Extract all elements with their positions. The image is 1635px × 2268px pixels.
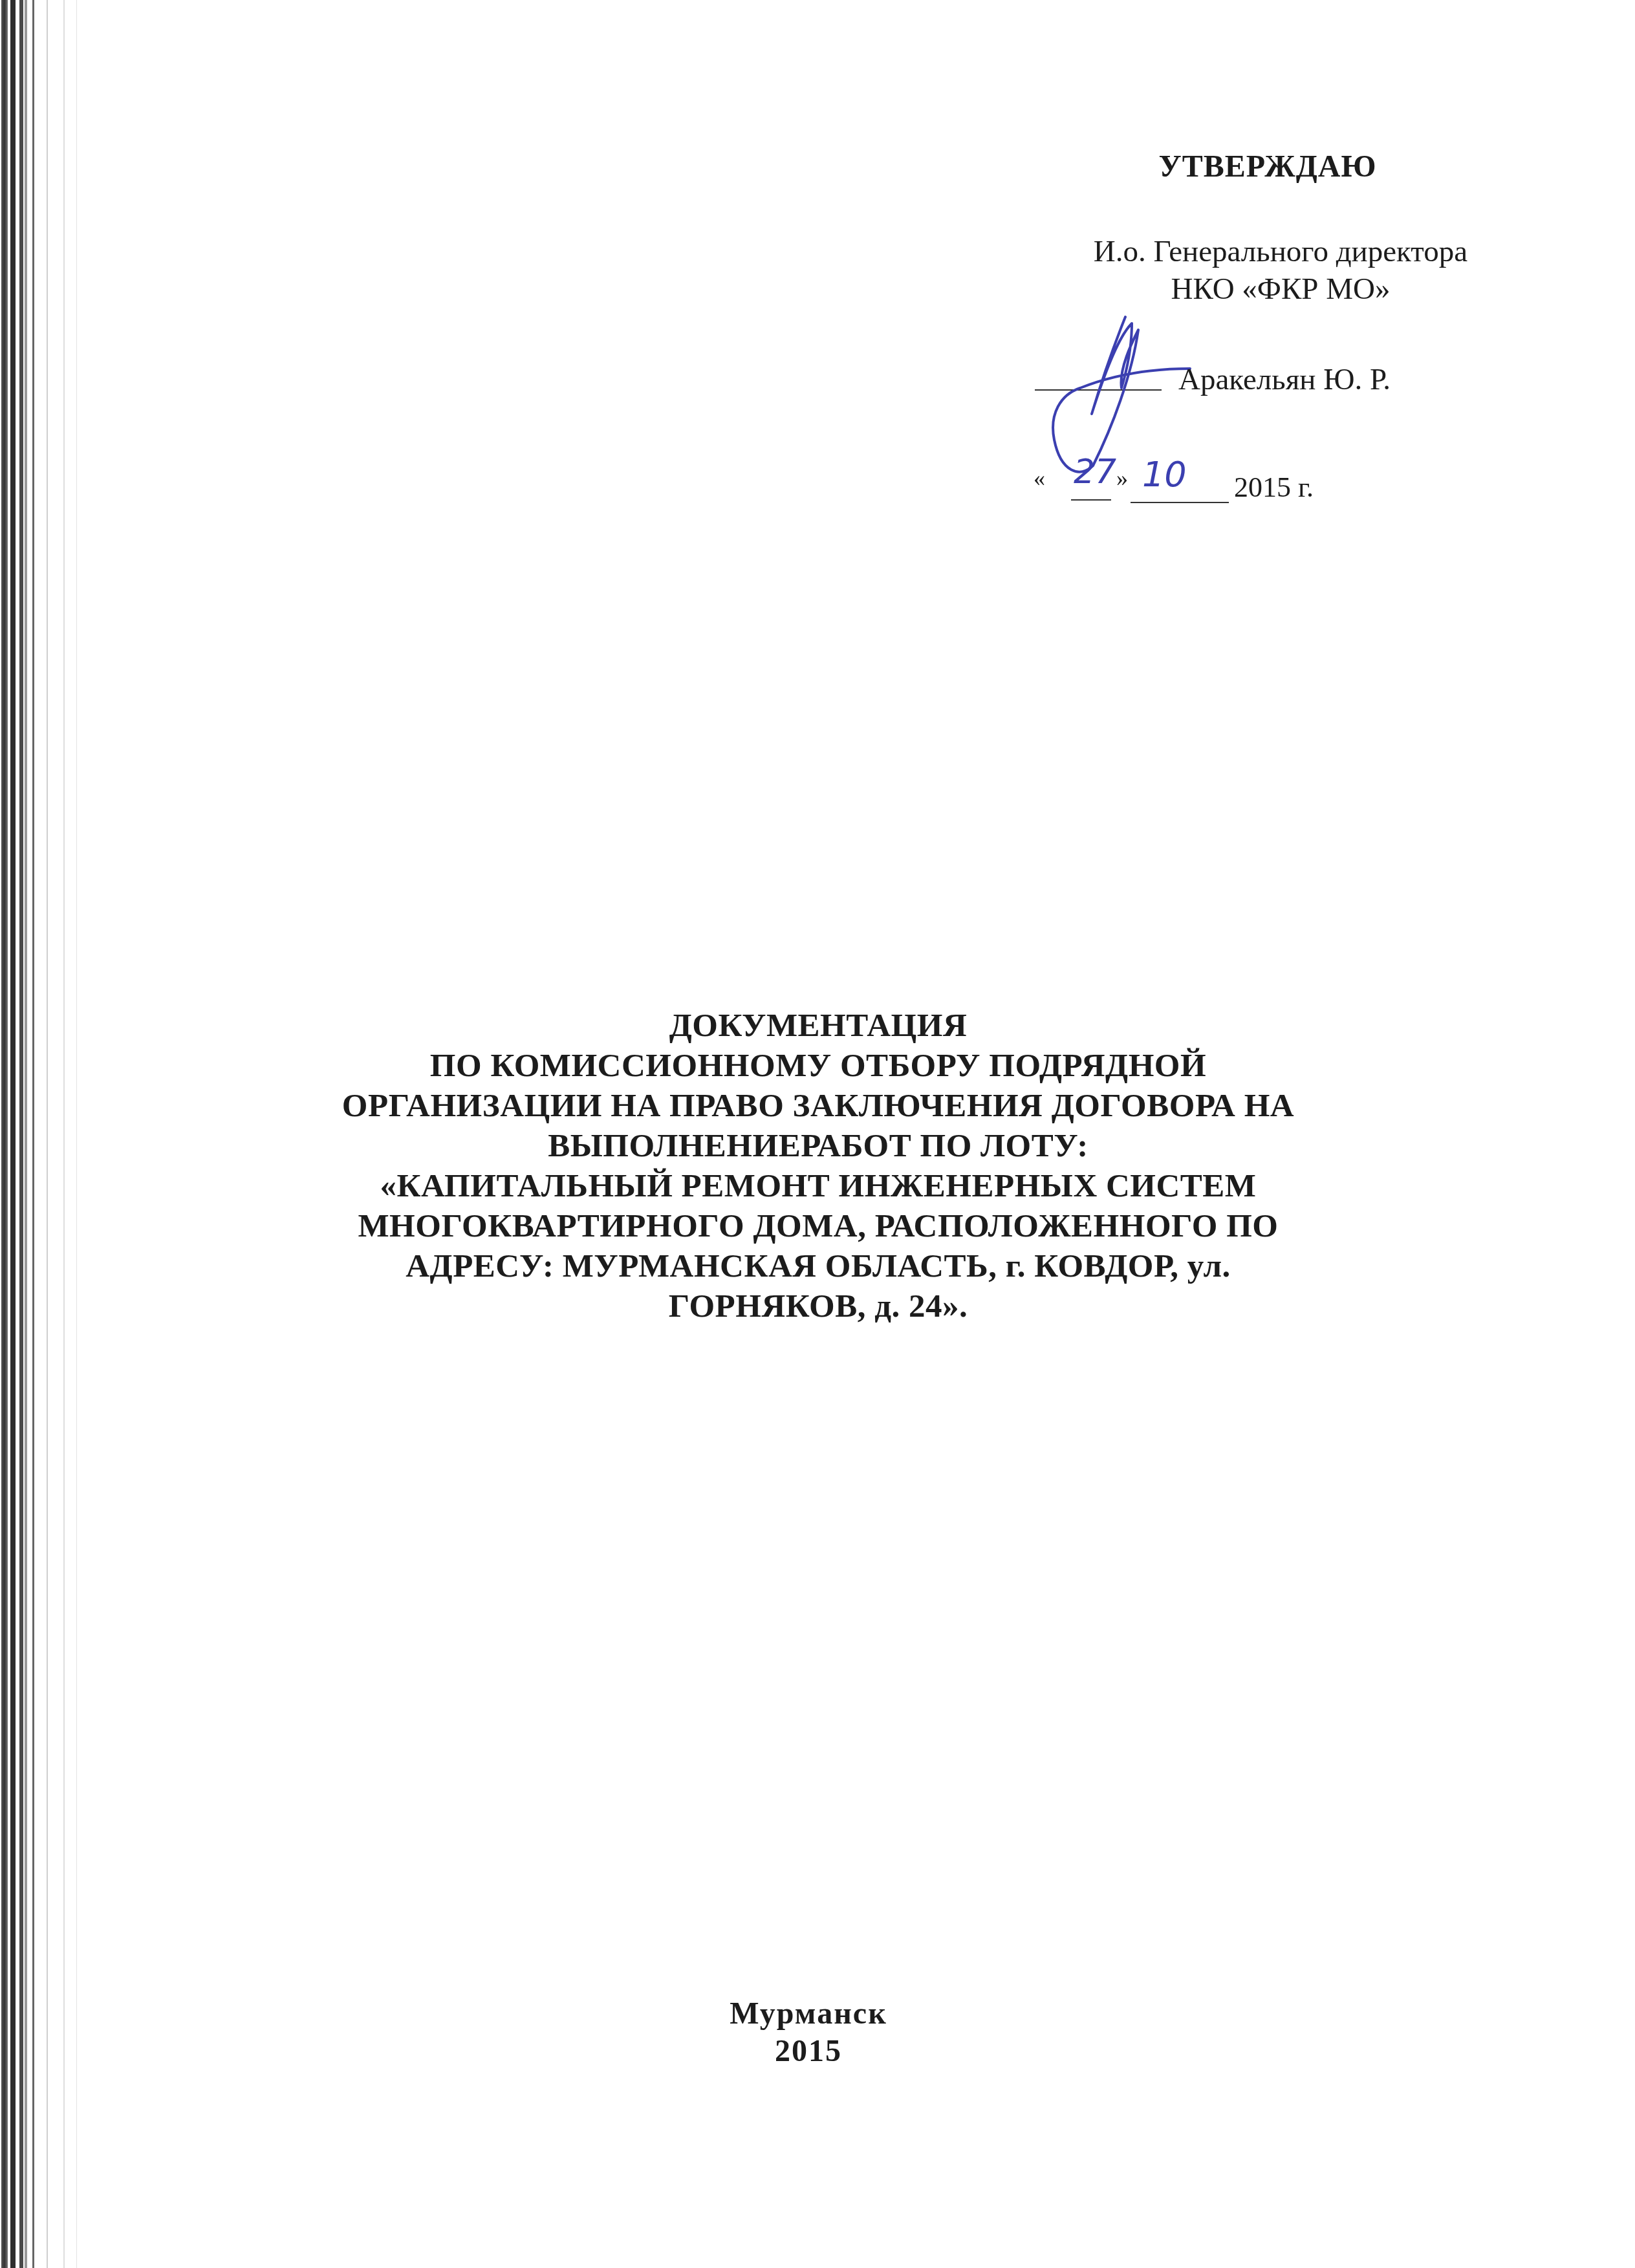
footer-city: Мурманск [647, 1995, 970, 2033]
approver-position: И.о. Генерального директора НКО «ФКР МО» [1009, 233, 1552, 308]
date-month-line [1131, 502, 1229, 503]
title-line: АДРЕСУ: МУРМАНСКАЯ ОБЛАСТЬ, г. КОВДОР, у… [194, 1246, 1442, 1286]
title-line: «КАПИТАЛЬНЫЙ РЕМОНТ ИНЖЕНЕРНЫХ СИСТЕМ [194, 1166, 1442, 1206]
title-line: ПО КОМИССИОННОМУ ОТБОРУ ПОДРЯДНОЙ [194, 1046, 1442, 1086]
title-line: МНОГОКВАРТИРНОГО ДОМА, РАСПОЛОЖЕННОГО ПО [194, 1206, 1442, 1246]
title-line: ДОКУМЕНТАЦИЯ [194, 1006, 1442, 1046]
title-line: ГОРНЯКОВ, д. 24». [194, 1286, 1442, 1326]
scan-page-edge [0, 0, 97, 2268]
approval-date: « 27 » 10 2015 г. [1034, 453, 1486, 504]
title-line: ВЫПОЛНЕНИЕРАБОТ ПО ЛОТУ: [194, 1126, 1442, 1166]
date-quote-open: « [1034, 464, 1045, 491]
document-title: ДОКУМЕНТАЦИЯ ПО КОМИССИОННОМУ ОТБОРУ ПОД… [194, 1006, 1442, 1326]
date-year: 2015 г. [1234, 471, 1314, 504]
approver-position-title: И.о. Генерального директора [1009, 233, 1552, 270]
footer-year: 2015 [647, 2033, 970, 2070]
date-month-handwritten: 10 [1142, 454, 1187, 495]
approver-organization: НКО «ФКР МО» [1009, 270, 1552, 308]
document-footer: Мурманск 2015 [647, 1995, 970, 2070]
approval-heading: УТВЕРЖДАЮ [1074, 149, 1462, 184]
date-day-handwritten: 27 [1074, 453, 1116, 491]
signer-name: Аракельян Ю. Р. [1178, 362, 1391, 397]
date-day-line [1071, 499, 1111, 501]
date-quote-close: » [1116, 464, 1128, 491]
title-line: ОРГАНИЗАЦИИ НА ПРАВО ЗАКЛЮЧЕНИЯ ДОГОВОРА… [194, 1086, 1442, 1126]
